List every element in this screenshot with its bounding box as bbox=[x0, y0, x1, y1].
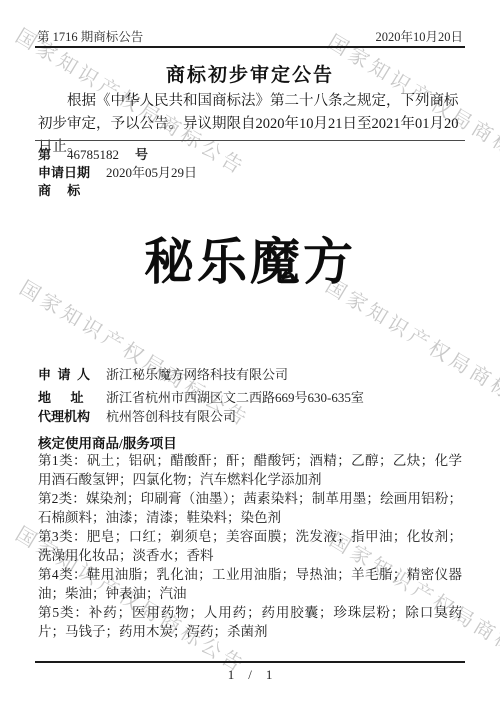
applicant-label: 申 请 人 bbox=[38, 367, 106, 383]
notice-divider bbox=[35, 140, 465, 141]
page-number-separator: / bbox=[248, 667, 252, 682]
address-value: 浙江省杭州市西湖区文二西路669号630-635室 bbox=[106, 390, 364, 406]
trademark-name: 秘乐魔方 bbox=[0, 222, 500, 294]
footer-divider bbox=[35, 661, 465, 663]
agency-value: 杭州答创科技有限公司 bbox=[106, 409, 236, 425]
address-row: 地 址 浙江省杭州市西湖区文二西路669号630-635室 bbox=[38, 390, 462, 406]
goods-class-5: 第5类：补药；医用药物；人用药；药用胶囊；珍珠层粉；除口臭药片；马钱子；药用木炭… bbox=[38, 603, 462, 641]
page-number-total: 1 bbox=[266, 667, 273, 682]
page-number-current: 1 bbox=[228, 667, 235, 682]
registration-number-prefix: 第 bbox=[38, 147, 51, 163]
page-number: 1/1 bbox=[0, 667, 500, 683]
registration-number: 46785182 bbox=[67, 147, 119, 163]
goods-list: 第1类：矾土；铝矾；醋酸酐；酐；醋酸钙；酒精；乙醇；乙炔；化学用酒石酸氢钾；四氯… bbox=[38, 451, 462, 641]
apply-date-row: 申请日期 2020年05月29日 bbox=[38, 165, 462, 181]
goods-class-1: 第1类：矾土；铝矾；醋酸酐；酐；醋酸钙；酒精；乙醇；乙炔；化学用酒石酸氢钾；四氯… bbox=[38, 451, 462, 489]
document-title: 商标初步审定公告 bbox=[0, 60, 500, 87]
gazette-issue-label: 第 1716 期商标公告 bbox=[37, 27, 143, 45]
agency-row: 代理机构 杭州答创科技有限公司 bbox=[38, 409, 462, 425]
goods-class-2: 第2类：媒染剂；印刷膏（油墨）；茜素染料；制革用墨；绘画用铝粉；石棉颜料；油漆；… bbox=[38, 489, 462, 527]
mark-label-row: 商 标 bbox=[38, 183, 462, 199]
registration-number-row: 第 46785182 号 bbox=[38, 147, 462, 163]
agency-label: 代理机构 bbox=[38, 409, 106, 425]
watermark-text: 国家知识产权局商标公告 bbox=[321, 270, 500, 431]
address-label: 地 址 bbox=[38, 390, 106, 406]
header-divider bbox=[35, 46, 465, 48]
applicant-value: 浙江秘乐魔方网络科技有限公司 bbox=[106, 367, 288, 383]
gazette-page: 国家知识产权局商标公告 国家知识产权局商标公告 国家知识产权局商标公告 国家知识… bbox=[0, 0, 500, 708]
apply-date-label: 申请日期 bbox=[38, 165, 106, 181]
page-header: 第 1716 期商标公告 2020年10月20日 bbox=[37, 27, 463, 45]
gazette-date: 2020年10月20日 bbox=[375, 27, 463, 45]
apply-date-value: 2020年05月29日 bbox=[106, 165, 197, 181]
mark-label: 商 标 bbox=[38, 183, 106, 199]
registration-number-suffix: 号 bbox=[135, 147, 148, 163]
goods-class-4: 第4类：鞋用油脂；乳化油；工业用油脂；导热油；羊毛脂；精密仪器油；柴油；钟表油；… bbox=[38, 565, 462, 603]
goods-class-3: 第3类：肥皂；口红；剃须皂；美容面膜；洗发液；指甲油；化妆剂；洗澡用化妆品；淡香… bbox=[38, 527, 462, 565]
applicant-row: 申 请 人 浙江秘乐魔方网络科技有限公司 bbox=[38, 367, 462, 383]
goods-heading: 核定使用商品/服务项目 bbox=[38, 432, 177, 452]
